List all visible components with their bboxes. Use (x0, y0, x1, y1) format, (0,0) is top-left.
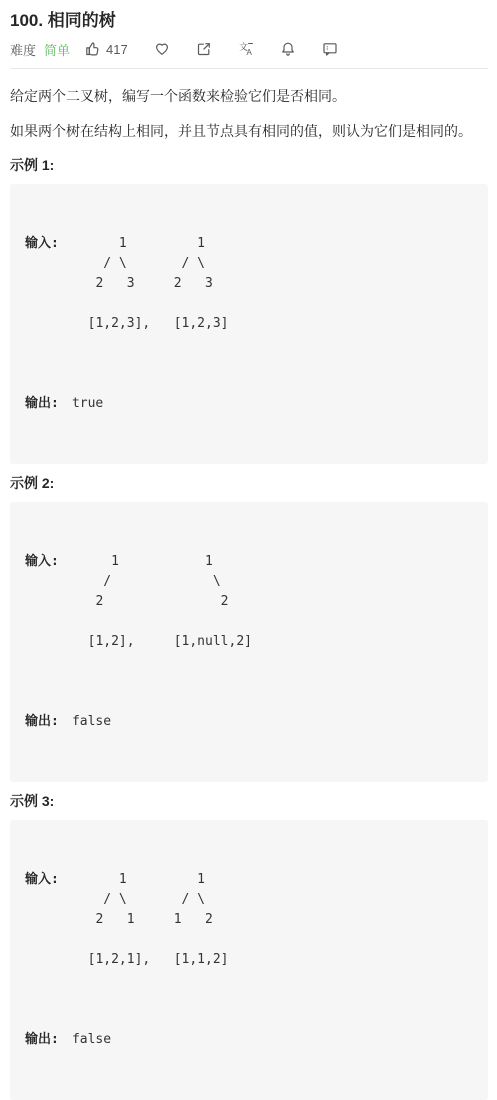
input-label: 输入: (25, 870, 64, 890)
translate-button[interactable]: 文 A (238, 41, 254, 57)
output-label: 输出: (25, 1030, 64, 1050)
example-1-output: 输出: true (25, 394, 473, 414)
problem-description: 给定两个二叉树，编写一个函数来检验它们是否相同。 如果两个树在结构上相同，并且节… (10, 86, 488, 142)
example-3-heading: 示例 3: (10, 792, 488, 810)
difficulty-badge: 简单 (44, 40, 70, 59)
comment-icon (322, 41, 338, 57)
favorite-button[interactable] (154, 41, 170, 57)
output-value: true (64, 396, 103, 411)
output-label: 输出: (25, 394, 64, 414)
svg-text:A: A (246, 48, 252, 57)
output-value: false (64, 1032, 111, 1047)
output-value: false (64, 714, 111, 729)
header-divider (10, 68, 488, 69)
example-1-section: 示例 1: 输入: 1 1 / \ / \ 2 3 2 3 [1,2,3], [… (10, 156, 488, 464)
output-label: 输出: (25, 712, 64, 732)
example-3-input: 输入: 1 1 / \ / \ 2 1 1 2 [1,2,1], [1,1,2] (25, 870, 473, 970)
like-button[interactable]: 417 (85, 41, 128, 57)
bell-icon (280, 41, 296, 57)
share-button[interactable] (196, 41, 212, 57)
meta-bar: 难度 简单 417 文 A (10, 39, 488, 59)
example-1-heading: 示例 1: (10, 156, 488, 174)
notifications-button[interactable] (280, 41, 296, 57)
input-label: 输入: (25, 234, 64, 254)
example-3-section: 示例 3: 输入: 1 1 / \ / \ 2 1 1 2 [1,2,1], [… (10, 792, 488, 1100)
example-2-code-block: 输入: 1 1 / \ 2 2 [1,2], [1,null,2] 输出: fa… (10, 502, 488, 782)
heart-icon (154, 41, 170, 57)
example-1-code-block: 输入: 1 1 / \ / \ 2 3 2 3 [1,2,3], [1,2,3]… (10, 184, 488, 464)
example-2-section: 示例 2: 输入: 1 1 / \ 2 2 [1,2], [1,null,2] … (10, 474, 488, 782)
example-2-heading: 示例 2: (10, 474, 488, 492)
thumbs-up-icon (85, 41, 101, 57)
difficulty-label: 难度 (10, 40, 36, 59)
like-count: 417 (106, 42, 128, 57)
description-paragraph-2: 如果两个树在结构上相同，并且节点具有相同的值，则认为它们是相同的。 (10, 121, 488, 142)
example-2-output: 输出: false (25, 712, 473, 732)
page-title: 100. 相同的树 (10, 11, 488, 30)
description-paragraph-1: 给定两个二叉树，编写一个函数来检验它们是否相同。 (10, 86, 488, 107)
input-label: 输入: (25, 552, 64, 572)
example-1-input: 输入: 1 1 / \ / \ 2 3 2 3 [1,2,3], [1,2,3] (25, 234, 473, 334)
example-2-input: 输入: 1 1 / \ 2 2 [1,2], [1,null,2] (25, 552, 473, 652)
problem-page: 100. 相同的树 难度 简单 417 文 A (0, 11, 497, 1100)
share-icon (196, 41, 212, 57)
example-3-code-block: 输入: 1 1 / \ / \ 2 1 1 2 [1,2,1], [1,1,2]… (10, 820, 488, 1100)
example-3-output: 输出: false (25, 1030, 473, 1050)
translate-icon: 文 A (238, 41, 254, 57)
feedback-button[interactable] (322, 41, 338, 57)
